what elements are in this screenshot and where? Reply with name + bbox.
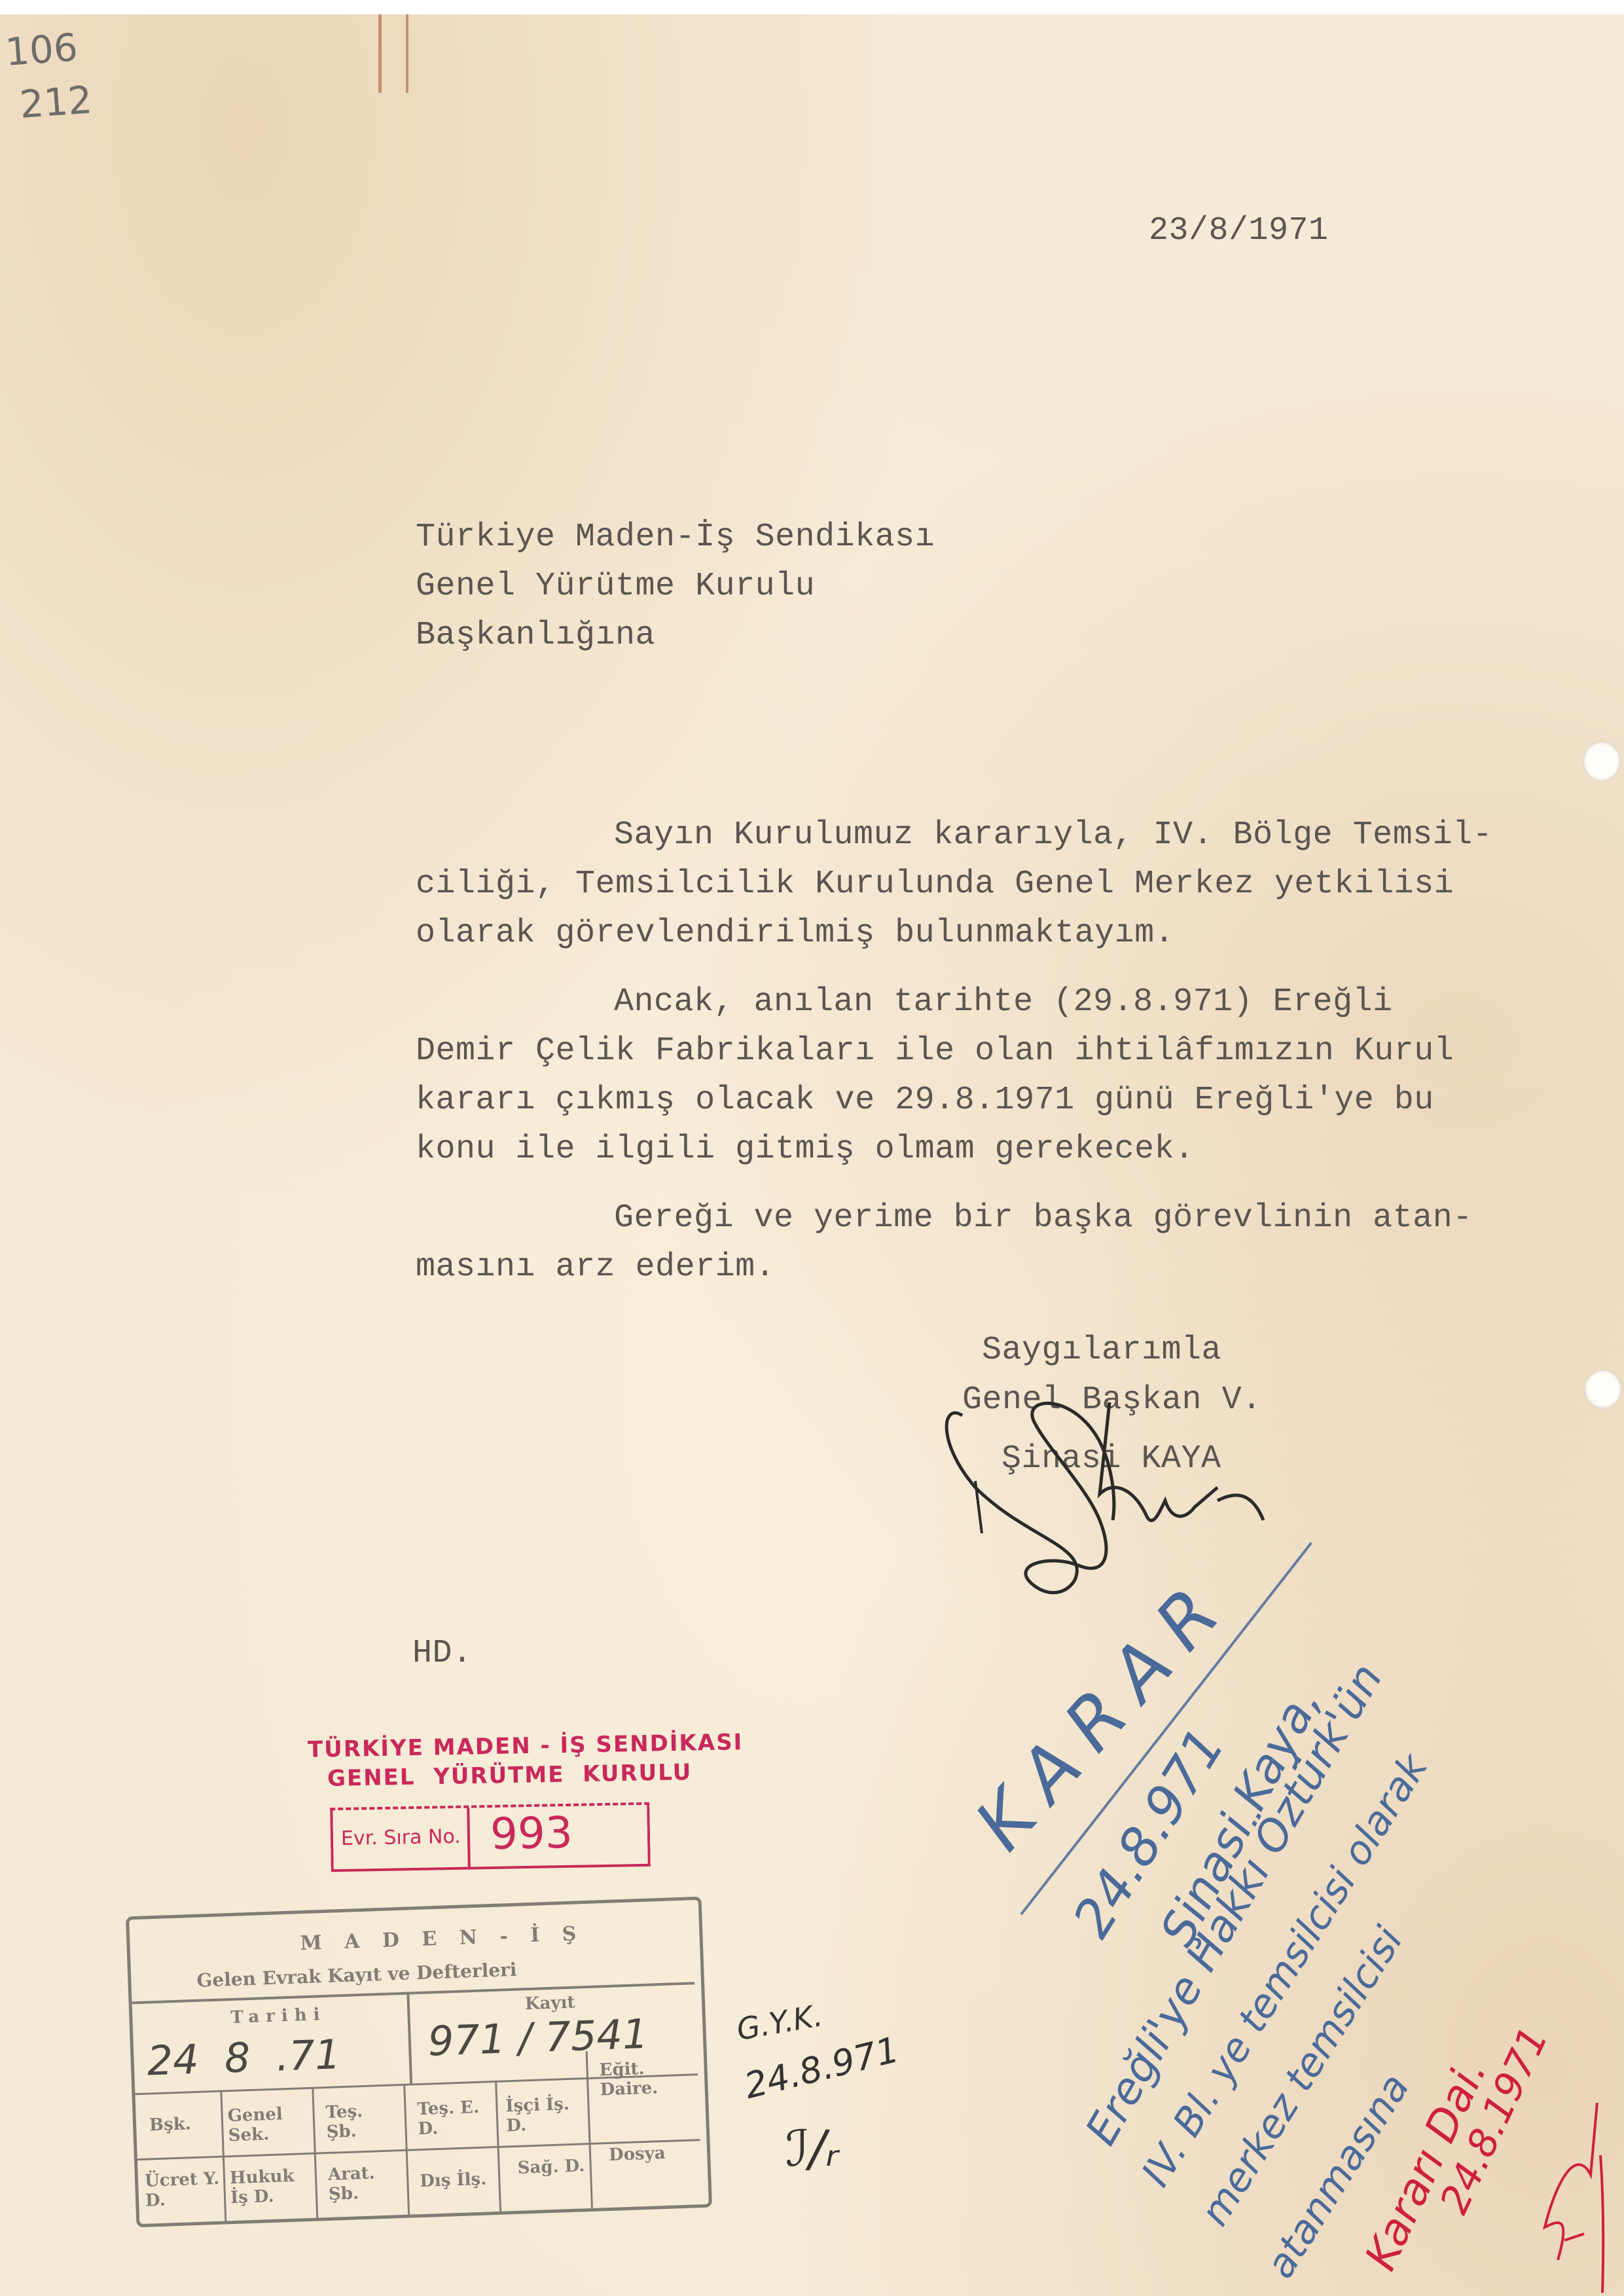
registry-cell: Eğit. Daire.: [599, 2058, 692, 2100]
registry-cell: Teş. Şb.: [325, 2100, 399, 2142]
registry-handwritten-number: 971 / 7541: [427, 2010, 649, 2066]
body-line: kararı çıkmış olacak ve 29.8.1971 günü E…: [416, 1082, 1434, 1119]
body-line: ciliği, Temsilcilik Kurulunda Genel Merk…: [416, 866, 1454, 903]
stain-mark: [406, 14, 408, 93]
registry-cell: Dosya: [609, 2143, 666, 2165]
body-line: konu ile ilgili gitmiş olmam gerekecek.: [416, 1131, 1195, 1168]
body-line: Ancak, anılan tarihte (29.8.971) Ereğli: [614, 983, 1393, 1021]
registry-cell: İşçi İş. D.: [505, 2094, 585, 2136]
stamp-number-label: Evr. Sıra No.: [341, 1825, 461, 1850]
registry-subheader: Gelen Evrak Kayıt ve Defterleri: [196, 1959, 517, 1992]
typist-initials: HD.: [412, 1635, 473, 1672]
decision-title: KARAR: [959, 1559, 1247, 1866]
stamp-divider: [467, 1808, 471, 1867]
stain-mark: [378, 14, 382, 93]
body-line: Demir Çelik Fabrikaları ile olan ihtilâf…: [416, 1032, 1454, 1070]
registry-stamp: M A D E N - İ Ş Gelen Evrak Kayıt ve Def…: [126, 1897, 712, 2227]
addressee-line: Başkanlığına: [416, 617, 655, 654]
body-line: Gereği ve yerime bir başka görevlinin at…: [614, 1199, 1473, 1237]
registry-cell: Hukuk İş D.: [230, 2166, 313, 2208]
signature-icon: [936, 1389, 1276, 1599]
addressee-line: Türkiye Maden-İş Sendikası: [416, 519, 935, 556]
registry-cell: Arat. Şb.: [327, 2162, 401, 2204]
registry-rule: [406, 1992, 412, 2083]
registry-rule: [586, 2051, 593, 2208]
stamp-org-name: TÜRKİYE MADEN - İŞ SENDİKASI: [308, 1729, 744, 1763]
stamp-number-value: 993: [490, 1808, 573, 1859]
registry-date-label: Tarihi: [230, 2005, 327, 2028]
body-line: Sayın Kurulumuz kararıyla, IV. Bölge Tem…: [614, 816, 1492, 854]
closing-salutation: Saygılarımla: [982, 1332, 1221, 1369]
body-line: olarak görevlendirilmiş bulunmaktayım.: [416, 915, 1174, 952]
gyk-initials: ℐ/ᵣ: [785, 2119, 839, 2178]
body-line: masını arz ederim.: [416, 1248, 775, 1286]
red-initials-icon: [1519, 2096, 1610, 2293]
gyk-label: G.Y.K.: [734, 1997, 825, 2047]
registry-cell: Bşk.: [149, 2114, 192, 2135]
red-office-stamp: TÜRKİYE MADEN - İŞ SENDİKASI GENEL YÜRÜT…: [308, 1730, 674, 1874]
archive-number-bottom: 212: [18, 77, 94, 127]
registry-cell: Teş. E. D.: [417, 2097, 490, 2139]
stamp-number-box: Evr. Sıra No. 993: [330, 1802, 651, 1872]
punch-hole: [1584, 1370, 1622, 1409]
registry-handwritten-date: 24 8 .71: [146, 2030, 341, 2085]
archive-number-top: 106: [4, 25, 79, 75]
addressee-line: Genel Yürütme Kurulu: [416, 568, 815, 605]
registry-cell: Ücret Y. D.: [145, 2169, 221, 2211]
registry-cell: Sağ. D.: [517, 2156, 590, 2178]
registry-header: M A D E N - İ Ş: [300, 1922, 585, 1955]
registry-reg-label: Kayıt: [524, 1993, 575, 2014]
registry-cell: Dış İlş.: [420, 2170, 487, 2192]
letter-date: 23/8/1971: [1149, 212, 1329, 249]
registry-cell: Genel Sek.: [227, 2104, 310, 2145]
stamp-committee-name: GENEL YÜRÜTME KURULU: [327, 1759, 693, 1792]
punch-hole: [1583, 741, 1621, 782]
scanned-letter-page: 106 212 23/8/1971 Türkiye Maden-İş Sendi…: [0, 14, 1624, 2296]
